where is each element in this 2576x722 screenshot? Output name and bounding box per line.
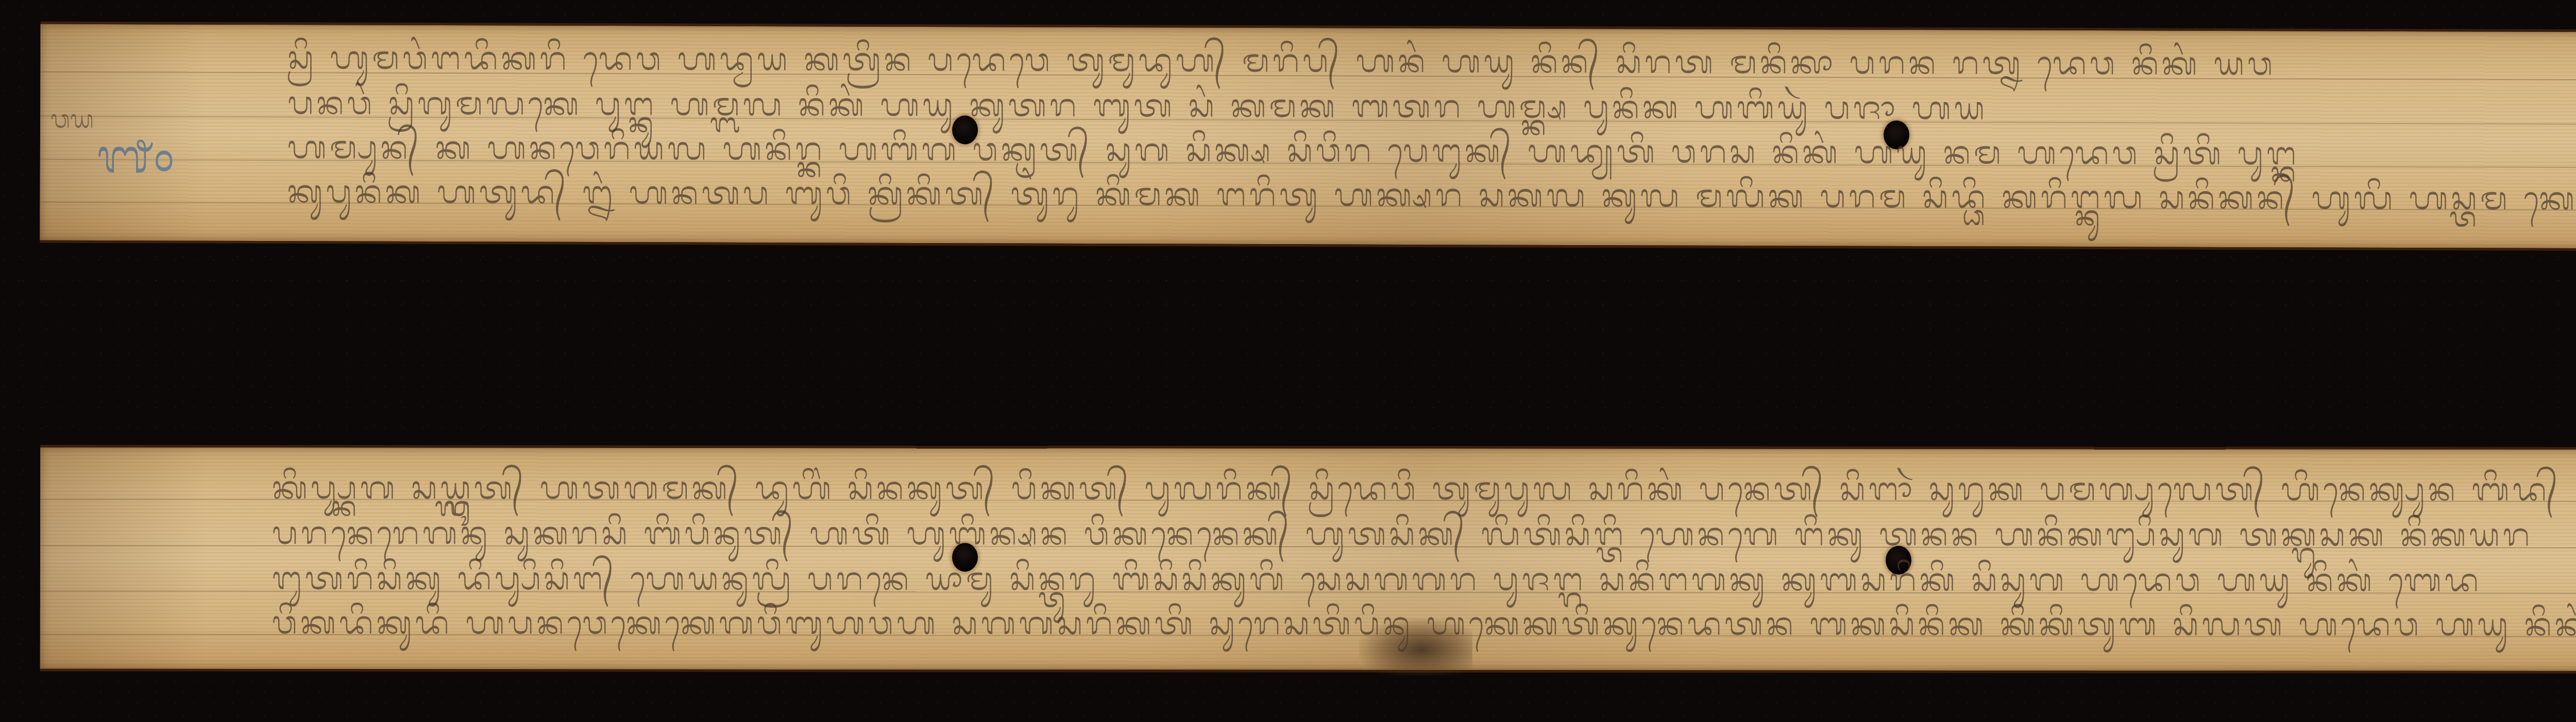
script-line-4: ᬓᬸᬧᬸᬦᬶᬓ ᬳᬢᬸᬤ᭄ ᬍᬂ ᬳᬦᬢᬧ ᬩᬸᬯᬶ ᬓ᭄ᬭᬶᬓᬶᬢ᭄ ᬢᬸᬭᬸ…: [287, 169, 2576, 234]
margin-note: ᬯᬬ: [50, 101, 94, 146]
folio-number: ᭑᭐: [97, 122, 176, 207]
palm-leaf-top: ᬯᬬ ᭑᭐ ᬲ᭄ᬭᬶ ᬳᬸᬫᬯᬂᬗᬤᬶᬓᬭᬶ ᬤᬾᬯ ᬳᬤ᭄ᬯᬬ ᬓᬢ᭄ᬭᬶᬦ …: [40, 22, 2576, 252]
script-line-4: ᬯᬶᬓᬤᬶᬓᬸᬤᬶ ᬳᬧᬦᬯᬾᬓᬾᬓᬾᬕᬯᬶᬩᬸᬳᬯᬳ ᬲᬕᬕᬲᬭᬶᬓᬢᬶ ᬲᬸ…: [272, 600, 2576, 659]
palm-leaf-bottom: ᬓᬶᬧ᭄ᬲ᭄ᬓᬕ ᬲᬬ᭄ᬕ᭄ᬮᬸᬢ᭄ ᬳᬢᬕᬫᬓ᭄ ᬤᬸᬳᬶᬂ ᬲᬶᬦᬓᬸᬢ᭄ …: [40, 445, 2576, 674]
